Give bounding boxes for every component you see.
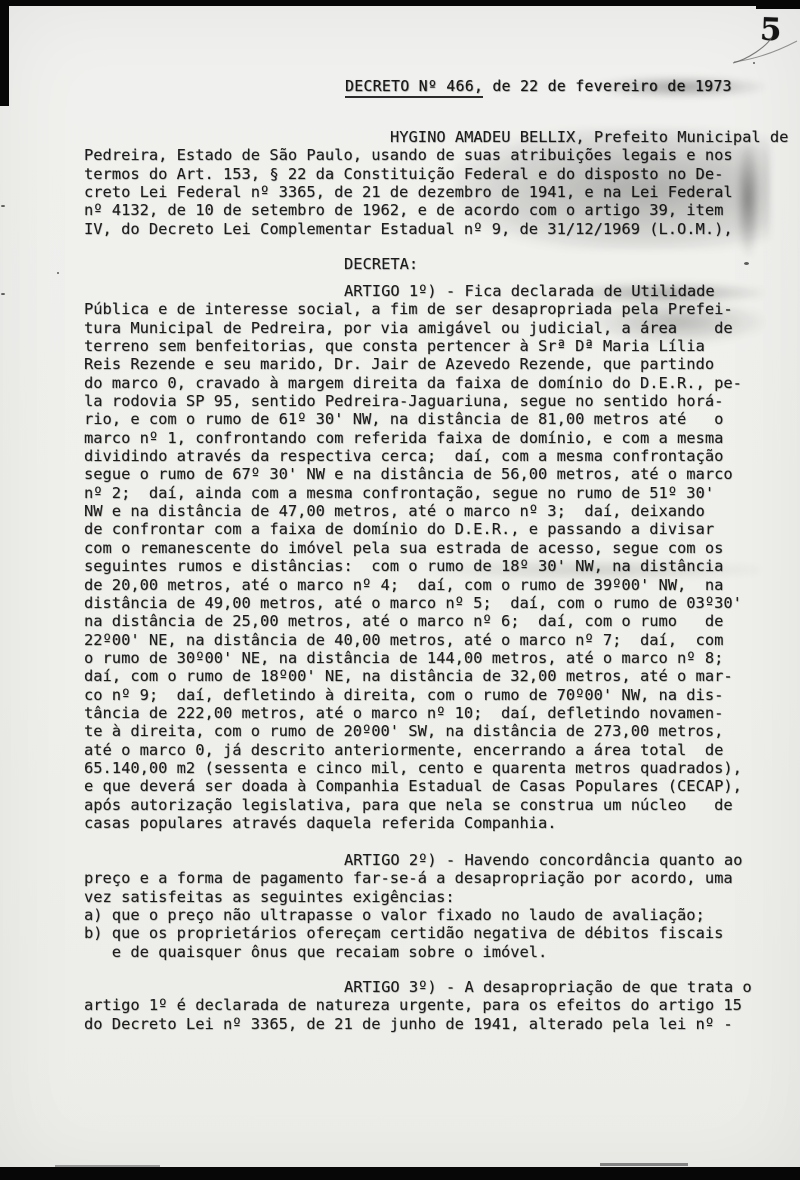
scan-speck — [1, 293, 5, 295]
scan-border-top — [0, 0, 800, 6]
scan-border-left — [0, 0, 9, 106]
scan-speck — [1, 205, 5, 207]
scan-speck — [744, 262, 749, 265]
article-3-paragraph: ARTIGO 3º) - A desapropriação de que tra… — [84, 978, 776, 1033]
decree-title-underlined: DECRETO Nº 466, — [345, 78, 483, 98]
scan-border-bottom — [0, 1167, 800, 1180]
decree-title: DECRETO Nº 466, de 22 de fevereiro de 19… — [345, 78, 732, 95]
scan-speck — [57, 272, 59, 274]
scan-speck — [753, 62, 755, 64]
article-1-paragraph: ARTIGO 1º) - Fica declarada de Utilidade… — [84, 282, 776, 832]
preamble-paragraph: HYGINO AMADEU BELLIX, Prefeito Municipal… — [84, 128, 776, 238]
decree-title-date: de 22 de fevereiro de 1973 — [483, 78, 732, 95]
document-page: DECRETO Nº 466, de 22 de fevereiro de 19… — [0, 0, 800, 1180]
decreta-label: DECRETA: — [84, 255, 776, 273]
article-2-paragraph: ARTIGO 2º) - Havendo concordância quanto… — [84, 851, 776, 961]
scan-edge-line — [600, 1163, 688, 1166]
pen-mark-icon — [726, 34, 800, 68]
decree-text: DECRETO Nº 466, de 22 de fevereiro de 19… — [0, 0, 800, 1180]
scan-border-top-right — [756, 0, 800, 9]
